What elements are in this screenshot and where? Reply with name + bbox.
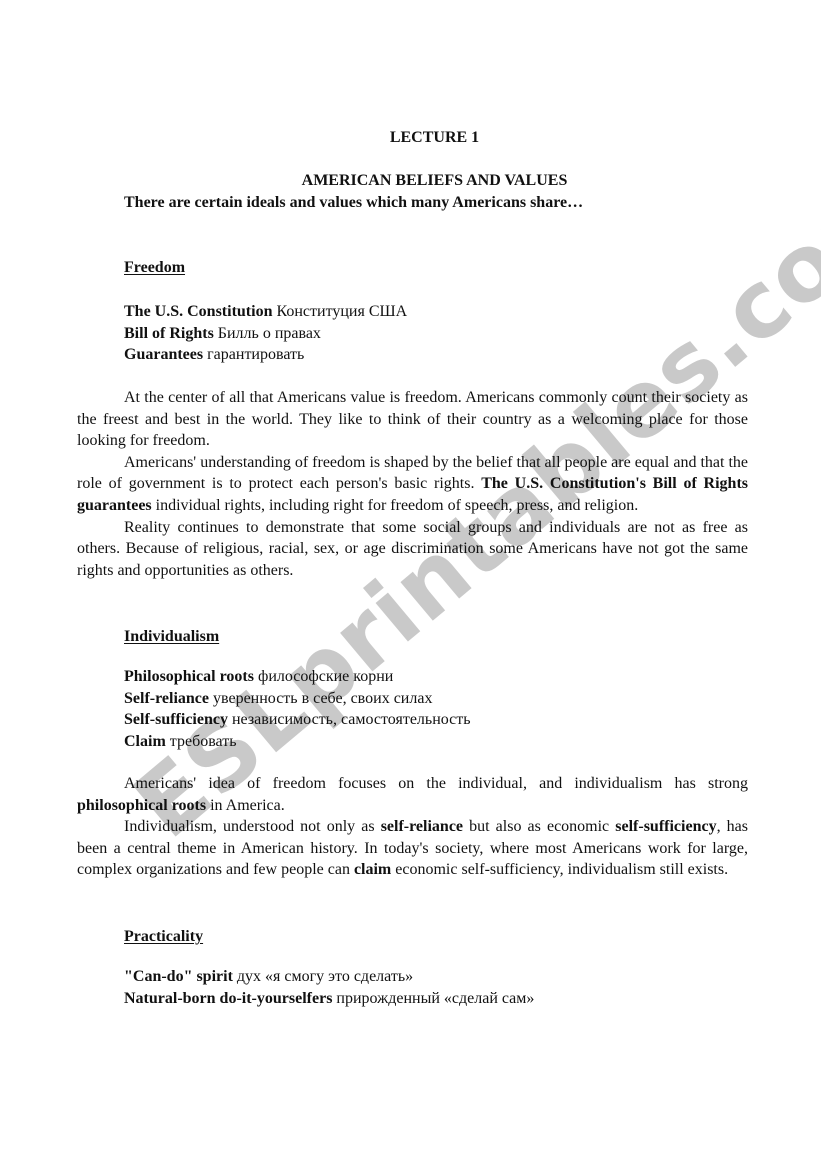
vocabulary-list-freedom: The U.S. Constitution Конституция США Bi…	[124, 301, 748, 366]
vocab-translation: философские корни	[258, 668, 393, 685]
text-run: At the center of all that Americans valu…	[77, 389, 748, 449]
vocab-translation: требовать	[170, 733, 237, 750]
lecture-title: LECTURE 1	[77, 127, 748, 149]
vocab-term: "Can-do" spirit	[124, 968, 233, 985]
vocab-term: Claim	[124, 733, 166, 750]
text-run: Individualism, understood not only as	[124, 818, 381, 835]
vocab-item: Claim требовать	[124, 731, 748, 753]
vocabulary-list-individualism: Philosophical roots философские корни Se…	[124, 666, 748, 752]
text-run: but also as economic	[463, 818, 615, 835]
vocab-item: Natural-born do-it-yourselfers прирожден…	[124, 988, 748, 1010]
vocabulary-list-practicality: "Can-do" spirit дух «я смогу это сделать…	[124, 966, 748, 1009]
vocab-term: Philosophical roots	[124, 668, 254, 685]
vocab-translation: уверенность в себе, своих силах	[213, 690, 432, 707]
vocab-term: Bill of Rights	[124, 325, 214, 342]
text-run: Americans' idea of freedom focuses on th…	[124, 775, 748, 792]
section-heading-practicality: Practicality	[124, 926, 795, 948]
paragraph: Reality continues to demonstrate that so…	[77, 517, 748, 582]
vocab-translation: прирожденный «сделай сам»	[336, 990, 534, 1007]
section-heading-freedom: Freedom	[124, 257, 795, 279]
text-run: in America.	[206, 797, 285, 814]
vocab-item: Bill of Rights Билль о правах	[124, 323, 748, 345]
subtitle: There are certain ideals and values whic…	[124, 192, 764, 214]
bold-term: self-sufficiency	[615, 818, 716, 835]
vocab-item: "Can-do" spirit дух «я смогу это сделать…	[124, 966, 748, 988]
vocab-translation: независимость, самостоятельность	[232, 711, 471, 728]
vocab-term: The U.S. Constitution	[124, 303, 272, 320]
vocab-item: Self-sufficiency независимость, самостоя…	[124, 709, 748, 731]
paragraph: Individualism, understood not only as se…	[77, 816, 748, 881]
vocab-term: Natural-born do-it-yourselfers	[124, 990, 332, 1007]
text-run: individual rights, including right for f…	[152, 497, 639, 514]
vocab-translation: Билль о правах	[218, 325, 321, 342]
bold-term: claim	[354, 861, 391, 878]
vocab-item: Self-reliance уверенность в себе, своих …	[124, 688, 748, 710]
paragraph: Americans' understanding of freedom is s…	[77, 452, 748, 517]
vocab-item: Philosophical roots философские корни	[124, 666, 748, 688]
paragraphs-freedom: At the center of all that Americans valu…	[77, 387, 748, 581]
bold-term: self-reliance	[381, 818, 463, 835]
vocab-translation: Конституция США	[276, 303, 407, 320]
paragraph: Americans' idea of freedom focuses on th…	[77, 773, 748, 816]
paragraph: At the center of all that Americans valu…	[77, 387, 748, 452]
vocab-term: Guarantees	[124, 346, 203, 363]
vocab-term: Self-sufficiency	[124, 711, 228, 728]
paragraphs-individualism: Americans' idea of freedom focuses on th…	[77, 773, 748, 881]
text-run: Reality continues to demonstrate that so…	[77, 519, 748, 579]
section-heading-individualism: Individualism	[124, 626, 795, 648]
document-page: ESLprintables.com LECTURE 1 AMERICAN BEL…	[0, 0, 821, 1169]
vocab-item: The U.S. Constitution Конституция США	[124, 301, 748, 323]
bold-term: philosophical roots	[77, 797, 206, 814]
text-run: economic self-sufficiency, individualism…	[391, 861, 728, 878]
vocab-translation: дух «я смогу это сделать»	[237, 968, 413, 985]
vocab-translation: гарантировать	[207, 346, 304, 363]
main-title: AMERICAN BELIEFS AND VALUES	[77, 170, 748, 192]
vocab-item: Guarantees гарантировать	[124, 344, 748, 366]
vocab-term: Self-reliance	[124, 690, 209, 707]
